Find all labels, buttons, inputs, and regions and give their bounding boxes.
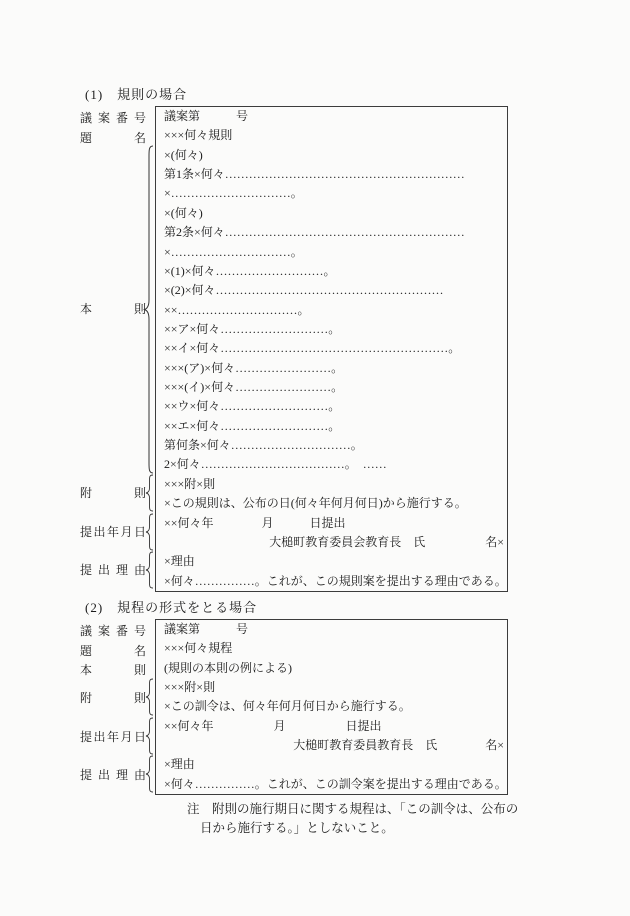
format-line: ×何々……………。これが、この規則案を提出する理由である。: [156, 572, 507, 591]
format-line: ×…………………………。: [156, 184, 507, 203]
format-line: 2×何々………………………………。 ……: [156, 455, 507, 474]
curly-brace-submit-reason-2: [144, 755, 154, 793]
format-line: ×××何々規程: [156, 639, 507, 658]
row-label-submit-date-1: 提出年月日: [80, 523, 146, 541]
format-line: ×この規則は、公布の日(何々年何月何日)から施行する。: [156, 494, 507, 513]
format-line: ××ウ×何々………………………。: [156, 397, 507, 416]
curly-brace-supplementary-1: [144, 474, 154, 512]
format-line: ×(何々): [156, 204, 507, 223]
row-label-title-1: 題名: [80, 129, 146, 147]
curly-brace-submit-date-2: [144, 717, 154, 755]
format-line: ×××附×則: [156, 475, 507, 494]
row-label-proposal-number-2: 議案番号: [80, 622, 146, 640]
format-line: ×理由: [156, 552, 507, 571]
document-page: (1) 規則の場合 議案番号 題名 本則 附則 提出年月日 提出理由 議案第 号…: [0, 0, 630, 916]
section-2-heading: (2) 規程の形式をとる場合: [85, 597, 257, 616]
regulation-format-box: 議案第 号 ×××何々規則 ×(何々) 第1条×何々………………………………………: [155, 106, 508, 592]
format-line: ××…………………………。: [156, 301, 507, 320]
row-label-submit-reason-2: 提出理由: [80, 766, 146, 784]
curly-brace-submit-date-1: [144, 513, 154, 551]
format-line: 第1条×何々……………………………………………………: [156, 165, 507, 184]
format-line: ×(何々): [156, 146, 507, 165]
curly-brace-submit-reason-1: [144, 551, 154, 589]
curly-brace-main-rules-1: [143, 145, 155, 474]
format-line: ×(1)×何々………………………。: [156, 262, 507, 281]
format-line: ×××(ア)×何々……………………。: [156, 359, 507, 378]
format-line: ×(2)×何々…………………………………………………: [156, 281, 507, 300]
format-line: ××エ×何々………………………。: [156, 417, 507, 436]
format-line: 第2条×何々……………………………………………………: [156, 223, 507, 242]
format-line: ×…………………………。: [156, 243, 507, 262]
format-line: ×何々……………。これが、この訓令案を提出する理由である。: [156, 775, 507, 794]
format-line: ×理由: [156, 755, 507, 774]
format-line: ×この訓令は、何々年何月何日から施行する。: [156, 697, 507, 716]
curly-brace-supplementary-2: [144, 678, 154, 716]
kitei-format-box: 議案第 号 ×××何々規程 (規則の本則の例による) ×××附×則 ×この訓令は…: [155, 619, 508, 795]
format-line: (規則の本則の例による): [156, 659, 507, 678]
format-line: 第何条×何々…………………………。: [156, 436, 507, 455]
footnote-line-1: 注 附則の施行期日に関する規程は、「この訓令は、公布の: [187, 799, 518, 817]
format-line: ×××附×則: [156, 678, 507, 697]
format-line: ××ア×何々………………………。: [156, 320, 507, 339]
section-1-heading: (1) 規則の場合: [85, 84, 187, 103]
row-label-proposal-number-1: 議案番号: [80, 109, 146, 127]
footnote-line-2: 日から施行する。」としないこと。: [200, 818, 394, 836]
format-line: ××何々年 月 日提出: [156, 717, 507, 736]
format-line: ××イ×何々…………………………………………………。: [156, 339, 507, 358]
format-line-signer: 大槌町教育委員教育長 氏 名×: [156, 736, 507, 755]
row-label-submit-reason-1: 提出理由: [80, 561, 146, 579]
row-label-supplementary-1: 附則: [80, 484, 146, 502]
format-line: ×××(イ)×何々……………………。: [156, 378, 507, 397]
row-label-supplementary-2: 附則: [80, 689, 146, 707]
row-label-submit-date-2: 提出年月日: [80, 728, 146, 746]
format-line: ×××何々規則: [156, 126, 507, 145]
format-line: ××何々年 月 日提出: [156, 514, 507, 533]
row-label-main-rules-1: 本則: [80, 300, 146, 318]
format-line-signer: 大槌町教育委員会教育長 氏 名×: [156, 533, 507, 552]
format-line: 議案第 号: [156, 620, 507, 639]
format-line: 議案第 号: [156, 107, 507, 126]
row-label-title-2: 題名: [80, 642, 146, 660]
row-label-main-rules-2: 本則: [80, 661, 146, 679]
